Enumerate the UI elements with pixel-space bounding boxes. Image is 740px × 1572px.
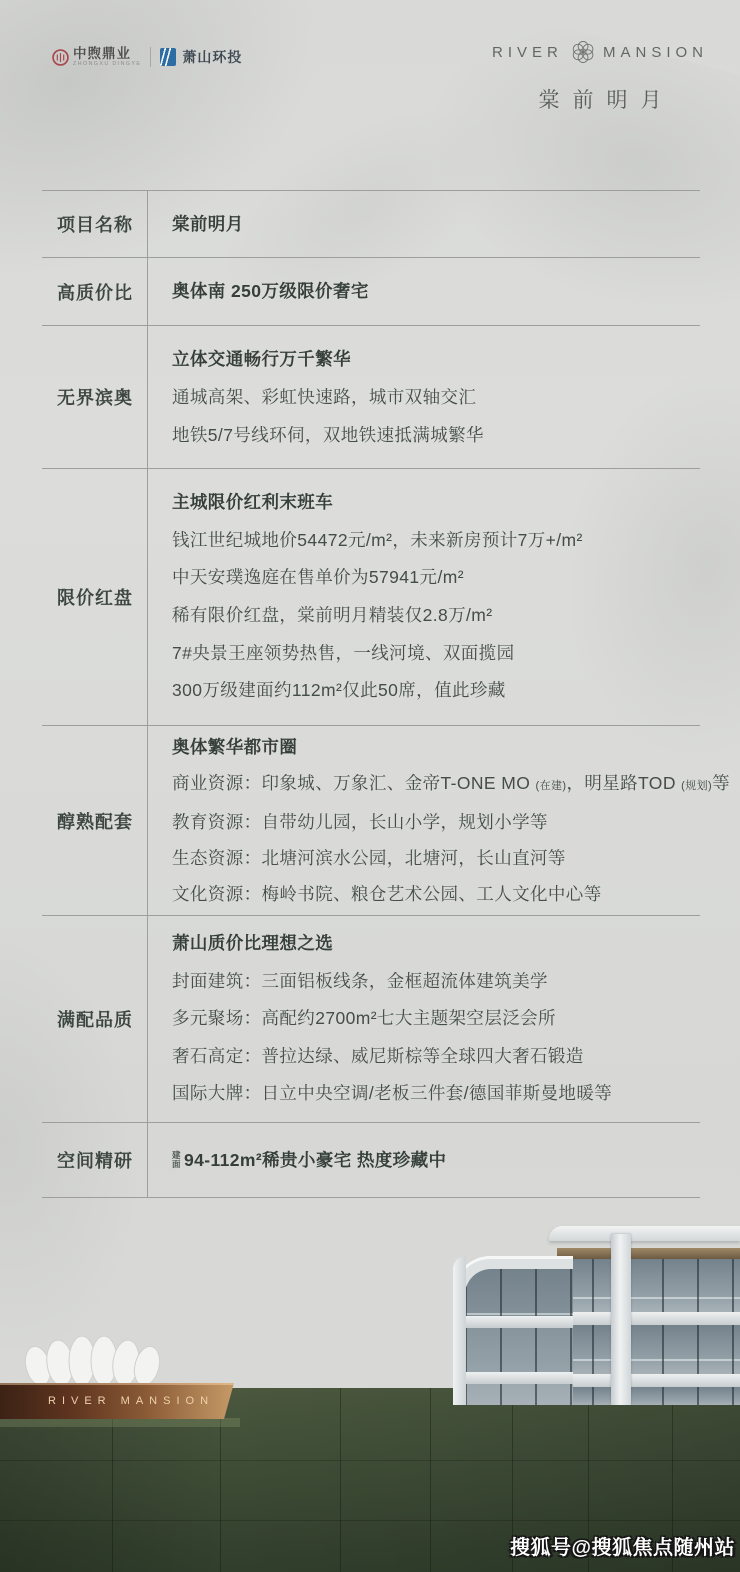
row-line: 教育资源：自带幼儿园，长山小学，规划小学等 — [172, 804, 730, 840]
building-slab — [453, 1372, 573, 1384]
wall-cap-highlight — [0, 1418, 240, 1427]
row-line: 奥体南 250万级限价奢宅 — [172, 273, 700, 310]
brand-bar: RIVER MANSION — [0, 1383, 234, 1419]
table-row: 项目名称棠前明月 — [42, 191, 700, 258]
row-line: 地铁5/7号线环伺，双地铁速抵满城繁华 — [172, 416, 700, 454]
brand-word-river: RIVER — [492, 44, 563, 61]
row-line: 国际大牌：日立中央空调/老板三件套/德国菲斯曼地暖等 — [172, 1075, 700, 1113]
row-line: 封面建筑：三面铝板线条，金框超流体建筑美学 — [172, 963, 700, 1001]
building-glass — [557, 1259, 740, 1312]
row-line: 生态资源：北塘河滨水公园，北塘河，长山直河等 — [172, 840, 730, 876]
row-line: 7#央景王座领势热售，一线河境、双面揽园 — [172, 635, 700, 673]
building-slab — [545, 1374, 740, 1387]
developer-name: 中煦鼎业 — [73, 47, 141, 61]
building-glass — [557, 1387, 740, 1405]
watermark: 搜狐号@搜狐焦点随州站 — [510, 1531, 735, 1560]
brand-bar-label: RIVER MANSION — [0, 1395, 214, 1407]
row-line: 立体交通畅行万千繁华 — [172, 340, 700, 378]
brand-logo: RIVER MANSION 棠前明月 — [492, 34, 708, 114]
table-row: 醇熟配套奥体繁华都市圈商业资源：印象城、万象汇、金帝T-ONE MO (在建)，… — [42, 726, 700, 916]
developer-subtitle: ZHONGXU DINGYE — [73, 62, 141, 68]
brand-word-mansion: MANSION — [603, 44, 708, 61]
row-line: 钱江世纪城地价54472元/m²，未来新房预计7万+/m² — [172, 522, 700, 560]
building-slab — [545, 1312, 740, 1325]
table-row: 空间精研建面94-112m²稀贵小豪宅 热度珍藏中 — [42, 1123, 700, 1198]
row-label: 项目名称 — [42, 191, 148, 257]
row-label: 醇熟配套 — [42, 726, 148, 915]
row-line: 萧山质价比理想之选 — [172, 925, 700, 963]
row-label: 高质价比 — [42, 258, 148, 325]
partner-name: 萧山环投 — [182, 47, 242, 67]
developer-logos: 中煦鼎业 ZHONGXU DINGYE 萧山环投 — [52, 44, 242, 70]
cube-stripes-icon — [160, 48, 176, 66]
building-roof — [549, 1226, 740, 1241]
row-label: 无界滨奥 — [42, 326, 148, 468]
building-pillar — [611, 1234, 631, 1405]
row-label: 限价红盘 — [42, 469, 148, 725]
table-row: 满配品质萧山质价比理想之选封面建筑：三面铝板线条，金框超流体建筑美学多元聚场：高… — [42, 916, 700, 1123]
camellia-flower-icon — [569, 34, 597, 70]
row-label: 空间精研 — [42, 1123, 148, 1197]
building-corner — [453, 1256, 466, 1405]
poster-page: 中煦鼎业 ZHONGXU DINGYE 萧山环投 RIVER MANSION 棠… — [0, 0, 740, 1572]
row-line: 文化资源：梅岭书院、粮仓艺术公园、工人文化中心等 — [172, 876, 730, 912]
project-chinese-name: 棠前明月 — [492, 84, 708, 114]
row-line: 中天安璞逸庭在售单价为57941元/m² — [172, 559, 700, 597]
building-bronze-trim — [557, 1248, 740, 1259]
logo-divider — [150, 47, 151, 67]
building-glass — [557, 1325, 740, 1374]
row-line: 通城高架、彩虹快速路，城市双轴交汇 — [172, 378, 700, 416]
building-slab — [453, 1316, 573, 1328]
row-line: 商业资源：印象城、万象汇、金帝T-ONE MO (在建)，明星路TOD (规划)… — [172, 765, 730, 804]
row-line: 主城限价红利末班车 — [172, 484, 700, 522]
row-line: 多元聚场：高配约2700m²七大主题架空层泛会所 — [172, 1000, 700, 1038]
table-row: 高质价比奥体南 250万级限价奢宅 — [42, 258, 700, 326]
seal-ring-icon — [52, 49, 69, 66]
row-line: 棠前明月 — [172, 206, 700, 243]
row-line: 奥体繁华都市圈 — [172, 729, 730, 765]
row-line: 稀有限价红盘，棠前明月精装仅2.8万/m² — [172, 597, 700, 635]
row-line: 300万级建面约112m²仅此50席，值此珍藏 — [172, 672, 700, 710]
row-label: 满配品质 — [42, 916, 148, 1122]
table-row: 限价红盘主城限价红利末班车钱江世纪城地价54472元/m²，未来新房预计7万+/… — [42, 469, 700, 726]
table-row: 无界滨奥立体交通畅行万千繁华通城高架、彩虹快速路，城市双轴交汇地铁5/7号线环伺… — [42, 326, 700, 469]
row-line: 奢石高定：普拉达绿、威尼斯棕等全球四大奢石锻造 — [172, 1038, 700, 1076]
info-table: 项目名称棠前明月高质价比奥体南 250万级限价奢宅无界滨奥立体交通畅行万千繁华通… — [42, 190, 700, 1198]
flower-sculpture — [22, 1336, 162, 1388]
row-line: 建面94-112m²稀贵小豪宅 热度珍藏中 — [172, 1142, 700, 1179]
building-render — [453, 1226, 740, 1405]
